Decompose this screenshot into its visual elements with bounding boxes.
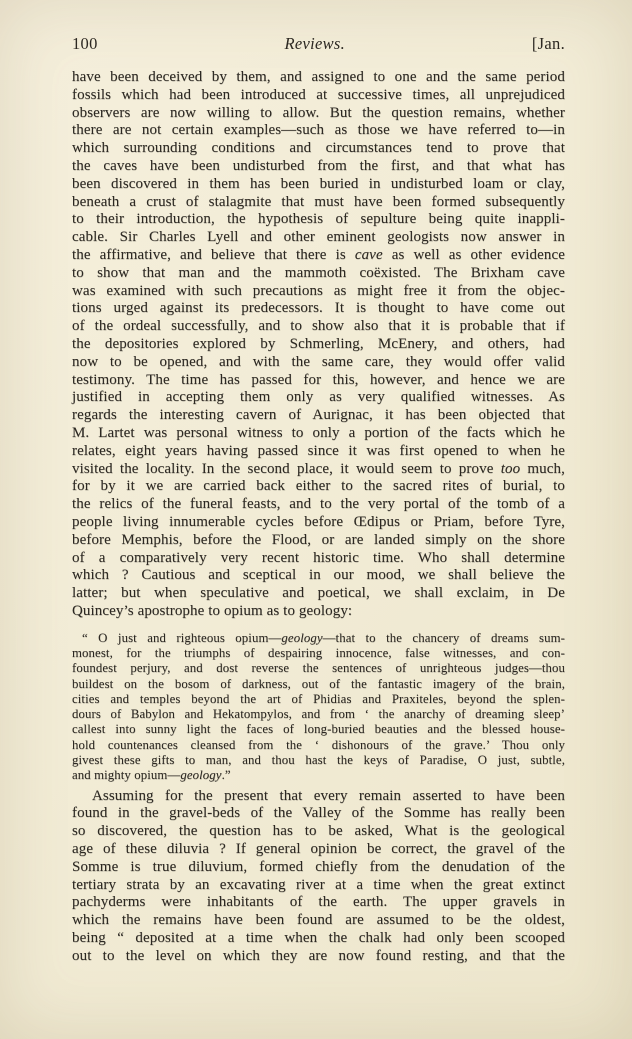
text-line: being “ deposited at a time when the cha… <box>72 930 565 948</box>
text-line: for by it we are carried back either to … <box>72 478 565 496</box>
text-line: which surrounding conditions and circums… <box>72 140 565 158</box>
text-line: people living innumerable cycles before … <box>72 514 565 532</box>
text-line: the caves have been undisturbed from the… <box>72 158 565 176</box>
text-line: age of these diluvia ? If general opinio… <box>72 841 565 859</box>
text-line: now to be opened, and with the same care… <box>72 354 565 372</box>
text-line: the affirmative, and believe that there … <box>72 247 565 265</box>
text-line: buildest on the bosom of darkness, out o… <box>72 677 565 692</box>
text-block: have been deceived by them, and assigned… <box>72 69 565 966</box>
text-line: Quincey’s apostrophe to opium as to geol… <box>72 603 565 621</box>
text-line: of the ordeal successfully, and to show … <box>72 318 565 336</box>
text-line: testimony. The time has passed for this,… <box>72 372 565 390</box>
text-line: of a comparatively very recent historic … <box>72 550 565 568</box>
text-line: visited the locality. In the second plac… <box>72 461 565 479</box>
text-line: dours of Babylon and Hekatompylos, and f… <box>72 707 565 722</box>
text-line: cable. Sir Charles Lyell and other emine… <box>72 229 565 247</box>
text-line: out to the level on which they are now f… <box>72 948 565 966</box>
text-line: “ O just and righteous opium—geology—tha… <box>72 631 565 646</box>
text-line: callest into sunny light the faces of lo… <box>72 722 565 737</box>
text-line: observers are now willing to allow. But … <box>72 105 565 123</box>
text-line: have been deceived by them, and assigned… <box>72 69 565 87</box>
text-line: foundest perjury, and dost reverse the s… <box>72 661 565 676</box>
text-line: so discovered, the question has to be as… <box>72 823 565 841</box>
text-line: M. Lartet was personal witness to only a… <box>72 425 565 443</box>
paragraph-continued: have been deceived by them, and assigned… <box>72 69 565 621</box>
text-line: tertiary strata by an excavating river a… <box>72 877 565 895</box>
text-line: before Memphis, before the Flood, or are… <box>72 532 565 550</box>
blockquote-de-quincey: “ O just and righteous opium—geology—tha… <box>72 631 565 784</box>
text-line: the relics of the funeral feasts, and to… <box>72 496 565 514</box>
text-line: cities and temples beyond the art of Phi… <box>72 692 565 707</box>
text-line: hold countenances cleansed from the ‘ di… <box>72 738 565 753</box>
page-header: 100 Reviews. [Jan. <box>72 34 565 54</box>
text-line: to show that man and the mammoth coëxist… <box>72 265 565 283</box>
text-line: beneath a crust of stalagmite that must … <box>72 194 565 212</box>
text-line: there are not certain examples—such as t… <box>72 122 565 140</box>
text-line: which ? Cautious and sceptical in our mo… <box>72 567 565 585</box>
text-line: been discovered in them has been buried … <box>72 176 565 194</box>
text-line: latter; but when speculative and poetica… <box>72 585 565 603</box>
text-line: Somme is true diluvium, formed chiefly f… <box>72 859 565 877</box>
text-line: relates, eight years having passed since… <box>72 443 565 461</box>
text-line: regards the interesting cavern of Aurign… <box>72 407 565 425</box>
text-line: found in the gravel-beds of the Valley o… <box>72 805 565 823</box>
text-line: justified in accepting them only as very… <box>72 389 565 407</box>
text-line: fossils which had been introduced at suc… <box>72 87 565 105</box>
running-title: Reviews. <box>284 34 345 54</box>
text-line: to their introduction, the hypothesis of… <box>72 211 565 229</box>
paragraph-assuming: Assuming for the present that every rema… <box>72 788 565 966</box>
issue-label: [Jan. <box>532 34 565 54</box>
text-line: was examined with such precautions as mi… <box>72 283 565 301</box>
text-line: Assuming for the present that every rema… <box>72 788 565 806</box>
text-line: pachyderms were inhabitants of the earth… <box>72 894 565 912</box>
page-number: 100 <box>72 34 98 54</box>
book-page: 100 Reviews. [Jan. have been deceived by… <box>0 0 632 1039</box>
text-line: monest, for the triumphs of despairing i… <box>72 646 565 661</box>
text-line: tions urged against its predecessors. It… <box>72 300 565 318</box>
text-line: which the remains have been found are as… <box>72 912 565 930</box>
text-line: and mighty opium—geology.” <box>72 768 565 783</box>
text-line: the depositories explored by Schmerling,… <box>72 336 565 354</box>
text-line: givest these gifts to man, and thou hast… <box>72 753 565 768</box>
